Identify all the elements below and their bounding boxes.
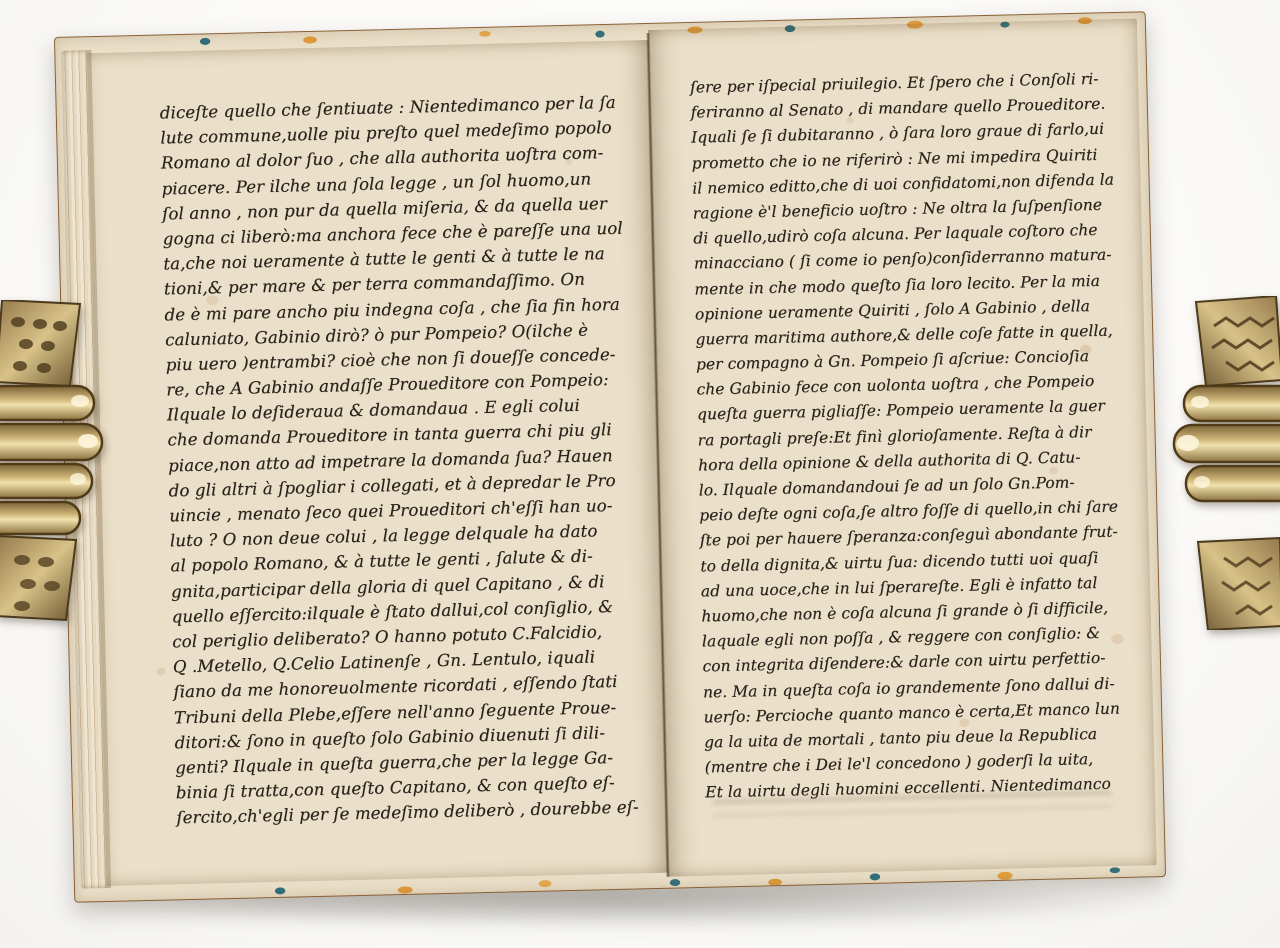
right-clasp <box>1170 296 1280 630</box>
left-page-text: diceſte quello che ſentiuate : Nientedim… <box>159 89 658 831</box>
left-clasp <box>0 300 108 622</box>
clasp-hand-icon <box>1170 296 1280 630</box>
clasp-hand-icon <box>0 300 108 622</box>
right-page-text: ſere per iſpecial priuilegio. Et ſpero c… <box>690 66 1144 806</box>
photo-background: diceſte quello che ſentiuate : Nientedim… <box>0 0 1280 948</box>
open-book: diceſte quello che ſentiuate : Nientedim… <box>54 11 1166 902</box>
